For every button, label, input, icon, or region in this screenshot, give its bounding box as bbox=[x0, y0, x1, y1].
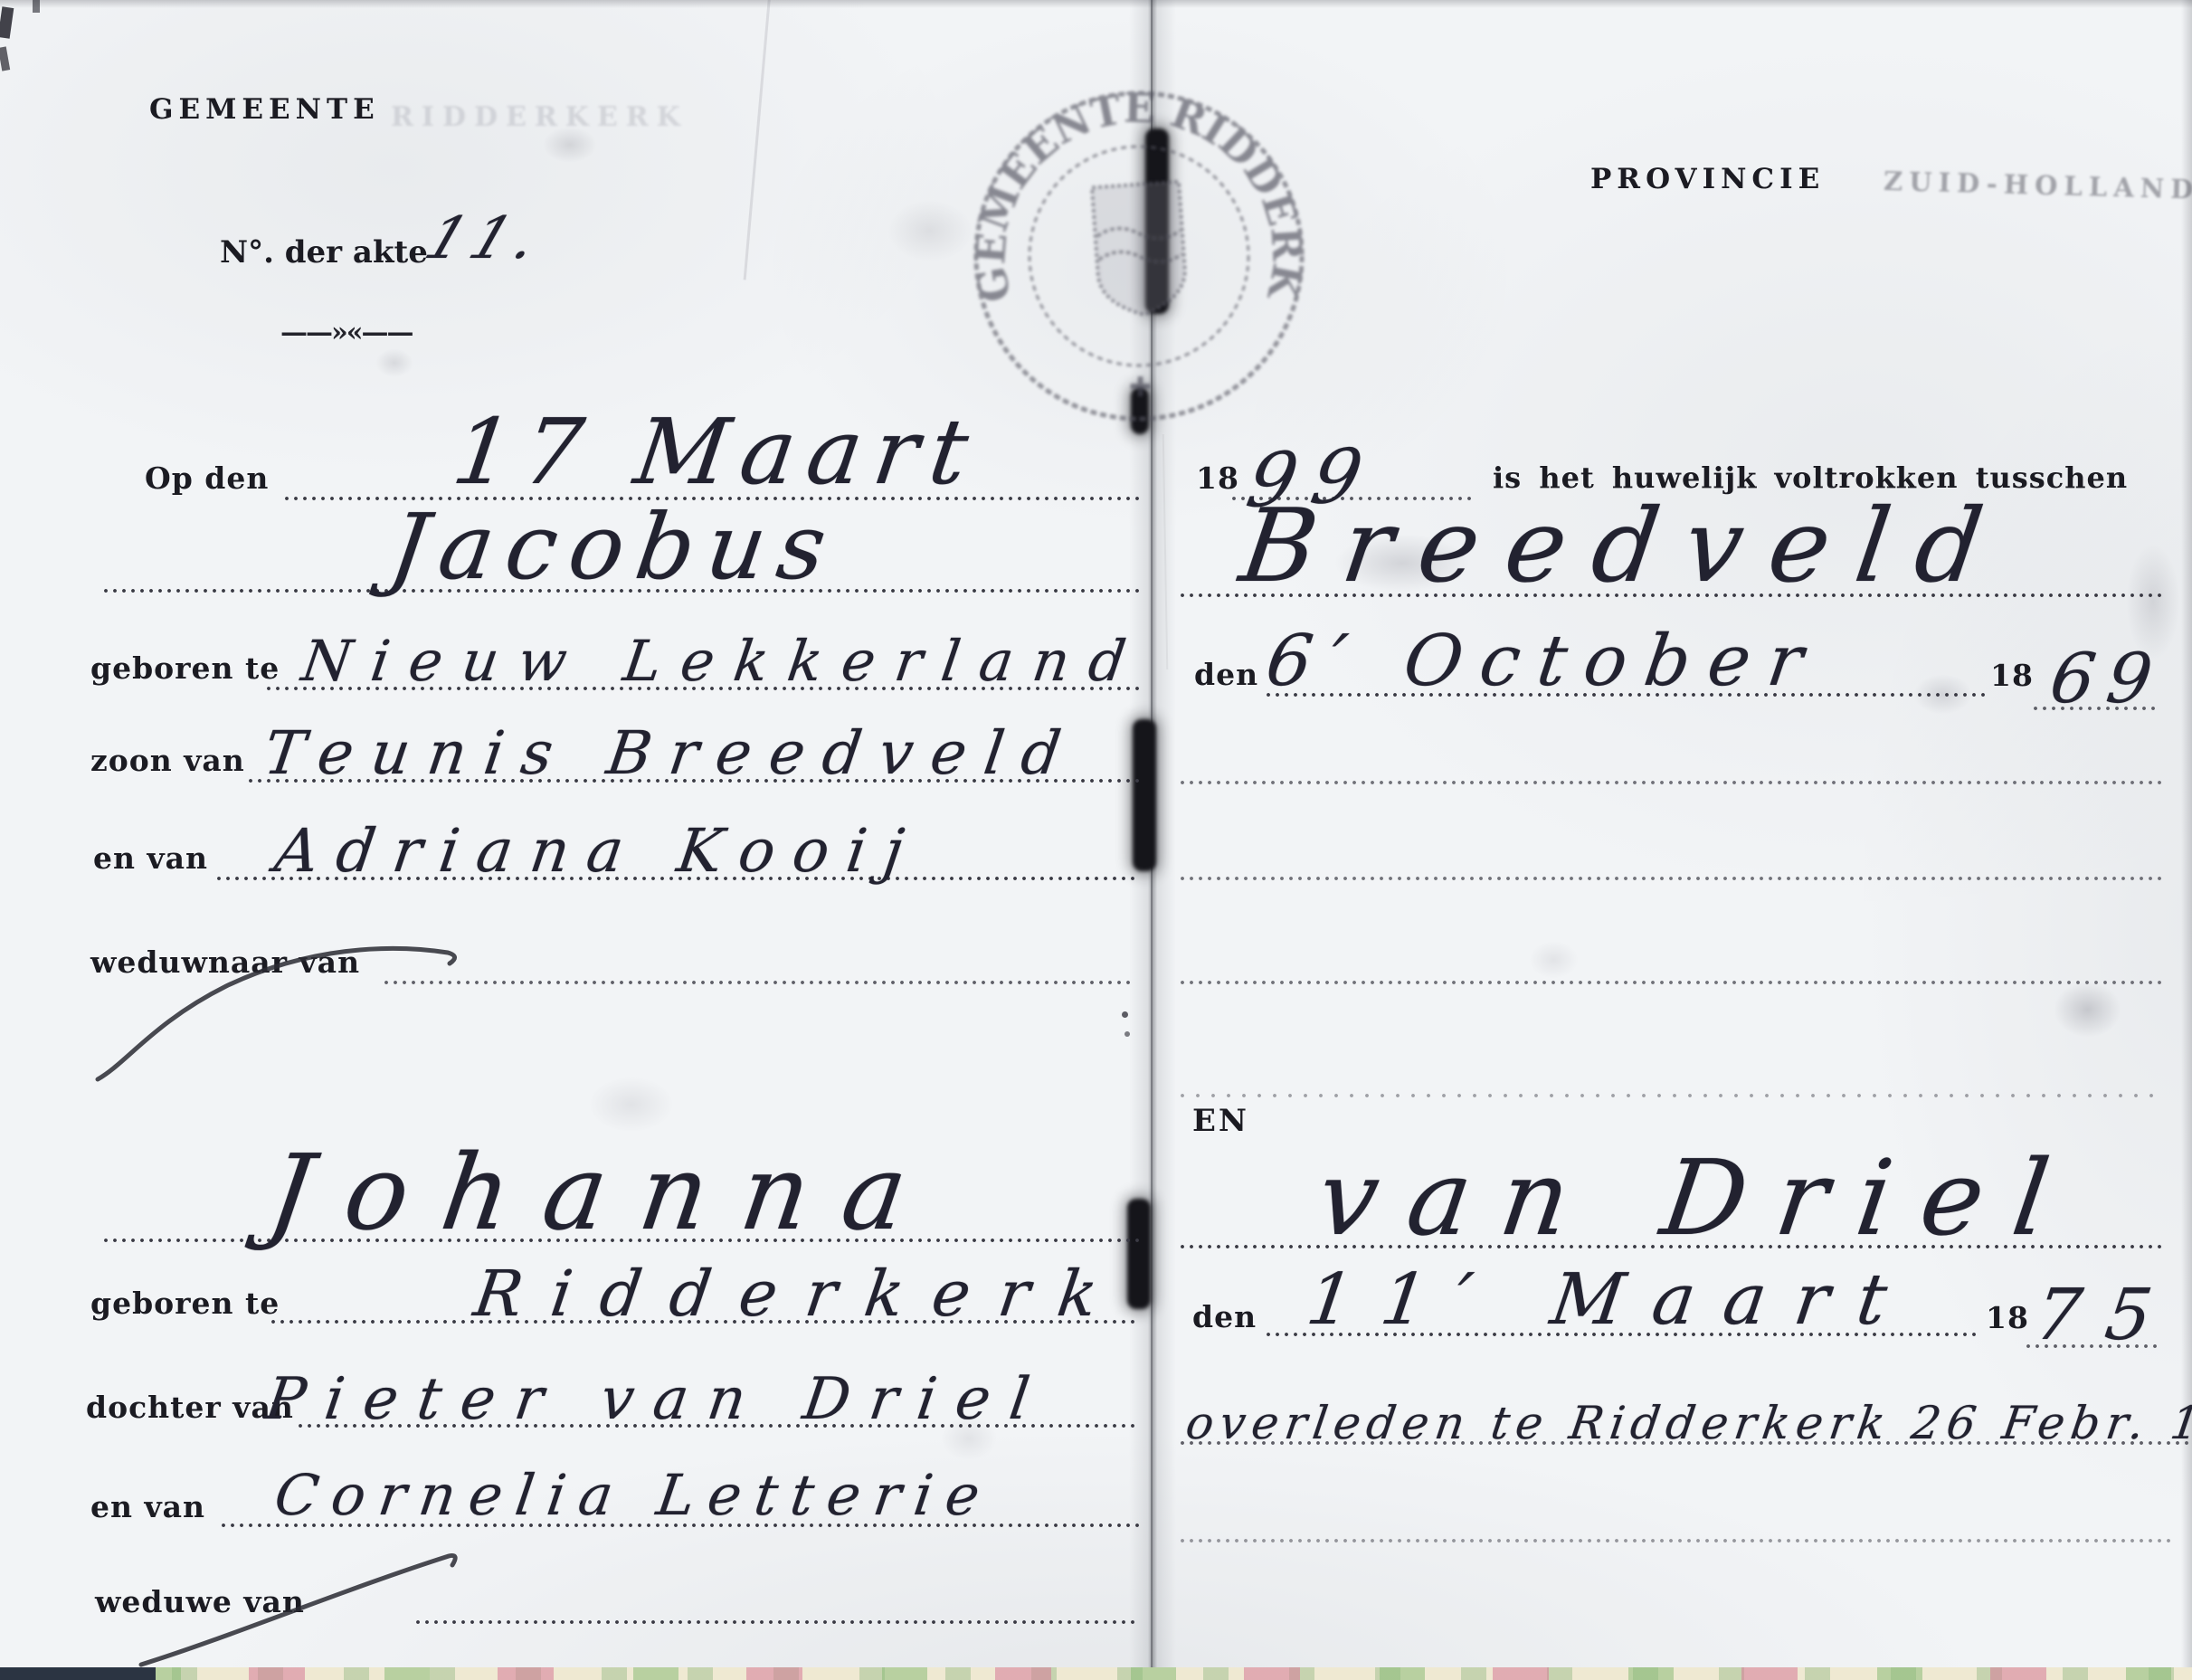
groom-born-label: geboren te bbox=[90, 653, 280, 685]
scan-artifact bbox=[0, 6, 14, 38]
bride-father-name: Pieter van Driel bbox=[262, 1371, 1053, 1428]
staple bbox=[1131, 387, 1149, 434]
groom-father-name: Teunis Breedveld bbox=[261, 724, 1082, 783]
dotted-line bbox=[384, 980, 1135, 985]
dotted-line bbox=[1181, 1538, 2171, 1543]
book-edge-decoration bbox=[0, 1667, 2192, 1680]
seal-outer-ring bbox=[976, 93, 1302, 419]
bride-mother-label: en van bbox=[90, 1492, 205, 1523]
conjunction-en: EN bbox=[1192, 1106, 1249, 1138]
groom-father-label: zoon van bbox=[90, 745, 245, 777]
stamp-shield-icon bbox=[1092, 182, 1188, 318]
akte-number-label: N°. der akte bbox=[220, 237, 428, 270]
ink-speck bbox=[1122, 1011, 1128, 1018]
groom-mother-name: Adriana Kooij bbox=[271, 821, 925, 881]
bride-last-name: van Driel bbox=[1312, 1147, 2085, 1251]
gemeente-heading: GEMEENTE bbox=[149, 95, 380, 125]
stain bbox=[887, 199, 973, 262]
scan-artifact bbox=[33, 0, 40, 13]
provincie-heading: PROVINCIE bbox=[1590, 165, 1825, 195]
ornamental-divider: ——»«—— bbox=[280, 318, 413, 347]
bride-birth-year-prefix: 18 bbox=[1986, 1303, 2029, 1334]
stain bbox=[375, 348, 413, 377]
groom-birth-year-prefix: 18 bbox=[1990, 660, 2034, 692]
stain bbox=[1529, 941, 1579, 979]
page-crease bbox=[1162, 434, 1169, 669]
groom-mother-label: en van bbox=[93, 843, 208, 875]
groom-birth-year: 69 bbox=[2046, 644, 2168, 713]
dotted-line bbox=[1181, 876, 2162, 881]
bride-first-name: Johanna bbox=[262, 1142, 947, 1246]
scan-artifact bbox=[0, 46, 10, 71]
bride-birth-date-label: den bbox=[1192, 1302, 1257, 1334]
seal-inner-ring bbox=[1030, 147, 1248, 365]
svg-text:GEMEENTE RIDDERKERK.: GEMEENTE RIDDERKERK. bbox=[961, 78, 1312, 310]
groom-birth-date-label: den bbox=[1194, 660, 1258, 691]
page-crease bbox=[744, 0, 773, 280]
akte-number-value: 11. bbox=[418, 210, 553, 268]
groom-last-name: Breedveld bbox=[1235, 496, 2016, 597]
groom-first-name: Jacobus bbox=[384, 502, 844, 593]
bride-death-note: overleden te Ridderkerk 26 Febr. 18 bbox=[1183, 1400, 2192, 1446]
dotted-line bbox=[1181, 980, 2162, 985]
groom-birth-date: 6′ October bbox=[1262, 626, 1825, 697]
ink-speck bbox=[1124, 1031, 1130, 1037]
bride-mother-name: Cornelia Letterie bbox=[271, 1467, 997, 1523]
staple bbox=[1133, 719, 1156, 871]
staple bbox=[1127, 1199, 1151, 1309]
ghost-stamp-ridderkerk: RIDDERKERK bbox=[391, 101, 688, 133]
marriage-date-label: Op den bbox=[145, 463, 269, 495]
staple bbox=[1145, 128, 1169, 314]
bride-birth-date: 11′ Maart bbox=[1303, 1265, 1920, 1335]
dotted-line bbox=[1181, 780, 2162, 785]
province-stamp-zuid-holland: ZUID-HOLLAND. bbox=[1884, 166, 2192, 205]
scan-edge-top bbox=[0, 0, 2192, 8]
book-cover-corner bbox=[0, 1667, 156, 1680]
dotted-line bbox=[1181, 1093, 2162, 1098]
widow-label: weduwe van bbox=[95, 1587, 305, 1618]
stain bbox=[588, 1077, 674, 1133]
marriage-certificate-scan: GEMEENTE RIDDERKERK PROVINCIE ZUID-HOLLA… bbox=[0, 0, 2192, 1680]
widower-label: weduwnaar van bbox=[90, 947, 360, 979]
bride-birth-place: Ridderkerk bbox=[470, 1262, 1130, 1325]
dotted-line bbox=[416, 1619, 1135, 1625]
bride-born-label: geboren te bbox=[90, 1288, 280, 1320]
seal-ring-text: GEMEENTE RIDDERKERK. bbox=[961, 78, 1312, 310]
marriage-date-value: 17 Maart bbox=[448, 407, 986, 498]
marriage-year-prefix: 18 bbox=[1196, 463, 1239, 495]
bride-birth-year: 75 bbox=[2031, 1280, 2181, 1351]
stain bbox=[2054, 982, 2121, 1038]
groom-birth-place: Nieuw Lekkerland bbox=[299, 633, 1149, 689]
